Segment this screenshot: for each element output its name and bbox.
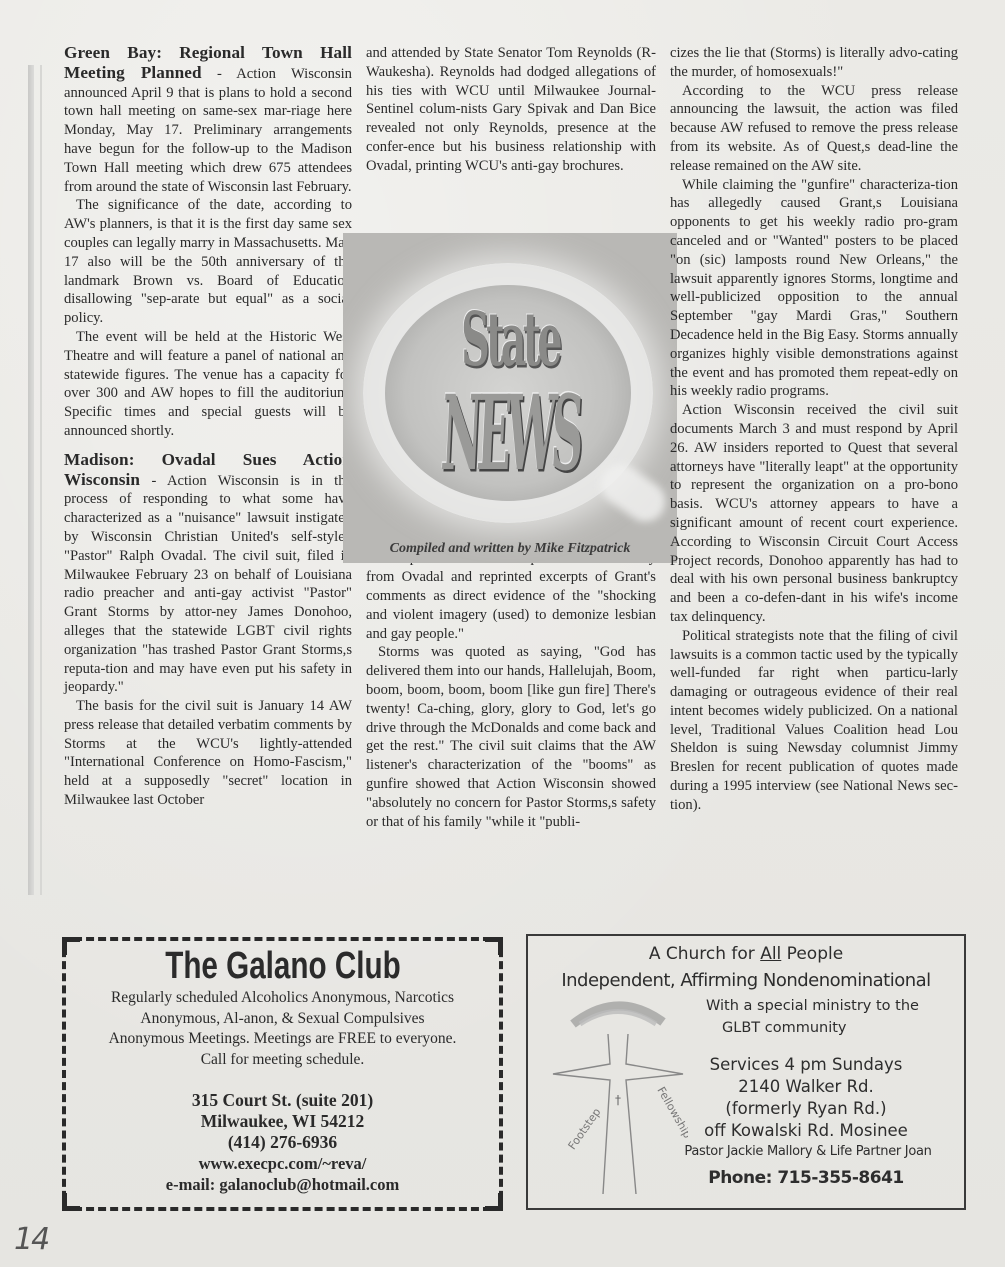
email-link[interactable]: e-mail: galanoclub@hotmail.com [66,1174,499,1195]
church-pastor: Pastor Jackie Mallory & Life Partner Joa… [652,1144,964,1159]
service-time: Services 4 pm Sundays [648,1054,964,1076]
madison-lead: Action Wisconsin is in the process of re… [64,473,352,696]
address-line: 315 Court St. (suite 201) [66,1090,499,1111]
continuation-paragraph: cizes the lie that (Storms) is literally… [670,44,958,82]
page-number: 14 [14,1222,48,1257]
column-3: cizes the lie that (Storms) is literally… [670,44,958,815]
paragraph: While claiming the "gunfire" characteriz… [670,176,958,402]
paragraph: The basis for the civil suit is January … [64,697,352,810]
graphic-title-state: State [406,297,613,383]
margin-rule-thin [40,65,42,895]
church-address-former: (formerly Ryan Rd.) [648,1098,964,1120]
svg-text:†: † [615,1093,621,1107]
paragraph: Action Wisconsin received the civil suit… [670,401,958,627]
church-directions: off Kowalski Rd. Mosinee [648,1120,964,1142]
church-phone: Phone: 715-355-8641 [648,1168,964,1188]
green-bay-lead-paragraph: Green Bay: Regional Town Hall Meeting Pl… [64,44,352,196]
continuation-paragraph: and attended by State Senator Tom Reynol… [366,44,656,176]
galano-club-ad: The Galano Club Regularly scheduled Alco… [62,937,503,1211]
website-link[interactable]: www.execpc.com/~reva/ [66,1153,499,1174]
margin-rule [28,65,34,895]
paragraph: Political strategists note that the fili… [670,627,958,815]
phone: (414) 276-6936 [66,1132,499,1153]
ad-title: The Galano Club [165,945,400,988]
paragraph: The significance of the date, according … [64,196,352,328]
church-denomination: Independent, Affirming Nondenominational [528,970,964,991]
paragraph: According to the WCU press release annou… [670,82,958,176]
ad-contact: 315 Court St. (suite 201) Milwaukee, WI … [66,1090,499,1195]
church-address: 2140 Walker Rd. [648,1076,964,1098]
city-line: Milwaukee, WI 54212 [66,1111,499,1132]
green-bay-lead: Action Wisconsin announced April 9 that … [64,66,352,195]
paragraph: The event will be held at the Historic W… [64,328,352,441]
ad-description: Regularly scheduled Alcoholics Anonymous… [66,988,499,1070]
byline-caption: Compiled and written by Mike Fitzpatrick [343,541,677,557]
paragraph: Storms was quoted as saying, "God has de… [366,643,656,831]
church-community: GLBT community [722,1020,847,1036]
church-ministry: With a special ministry to the [706,998,919,1014]
church-ad: A Church for All People Independent, Aff… [526,934,966,1210]
graphic-title-news: NEWS [420,373,599,494]
state-news-graphic: State NEWS Compiled and written by Mike … [343,233,677,563]
column-1: Green Bay: Regional Town Hall Meeting Pl… [64,44,352,810]
svg-text:Footstep: Footstep [566,1106,604,1152]
church-tagline: A Church for All People [528,944,964,964]
church-service-info: Services 4 pm Sundays 2140 Walker Rd. (f… [648,1054,964,1142]
madison-lead-paragraph: Madison: Ovadal Sues Action Wisconsin - … [64,451,352,697]
